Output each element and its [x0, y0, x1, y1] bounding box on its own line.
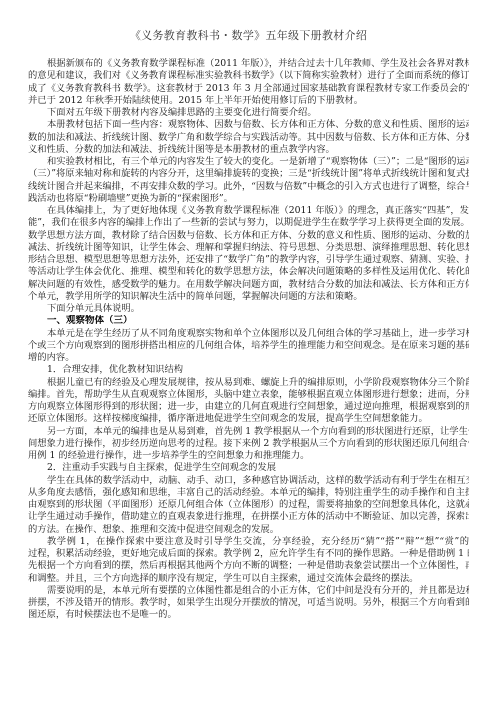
- text-line: 下面分单元具体说明。: [28, 303, 469, 315]
- text-line: 的意见和建议，我们对《义务教育课程标准实验教科书数学》（以下简称实验教材）进行了…: [28, 70, 469, 82]
- text-line: 和实验教材相比，有三个单元的内容发生了较大的变化。一是新增了“观察物体（三）”；…: [28, 156, 469, 168]
- text-line: 减法、折线统计图等知识，让学生体会、理解和掌握归纳法、符号思想、分类思想、演绎推…: [28, 242, 469, 254]
- text-line: 编排。首先，帮助学生从直观观察立体图形，头脑中建立表象，能够根据直观立体图形进行…: [28, 389, 469, 401]
- document-title: 《义务教育教科书・数学》五年级下册教材介绍: [28, 29, 469, 43]
- text-line: 图还原，有时候摆法也不是唯一的。: [28, 609, 469, 621]
- text-line: 拼摆，不涉及错开的情形。教学时，如果学生出现分开摆放的情况，可适当说明。另外，根…: [28, 597, 469, 609]
- text-line: 个或三个方向观察到的图形拼搭出相应的几何组合体，培养学生的推理能力和空间观念。是…: [28, 340, 469, 352]
- text-line: 需要说明的是，本单元所有要摆的立体图性都是组合的小正方体，它们中间是没有分开的，…: [28, 585, 469, 597]
- text-line: 义和性质、分数的加法和减法、折线统计图等是本册教材的重点教学内容。: [28, 144, 469, 156]
- text-line: 践活动也将原“粉刷墙壁”更换为新的“探索图形”。: [28, 193, 469, 205]
- text-line: 个单元，教学用所学的知识解决生活中的简单问题，掌握解决问题的方法和策略。: [28, 291, 469, 303]
- text-line: 根据新颁布的《义务教育数学课程标准（2011 年版）》，并结合过去十几年教师、学…: [28, 58, 469, 70]
- text-line: 成了《义务教育教科书 数学》。这套教材于 2013 年 3 月全部通过国家基础教…: [28, 83, 469, 95]
- text-line: 下面对五年级下册教材内容及编排思路的主要变化进行简要介绍。: [28, 107, 469, 119]
- text-line: 数的加法和减法、折线统计图、数学广角和数学综合与实践活动等。其中因数与倍数、长方…: [28, 132, 469, 144]
- text-line: （三）”将原来轴对称和旋转的内容分开，这里编排旋转的变换；三是“折线统计图”将单…: [28, 168, 469, 180]
- text-line: 让学生通过动手操作，借助建立的直观表象进行推理，在拼摆小正方体的活动中不断验证、…: [28, 511, 469, 523]
- text-line: 线统计图合并起来编排，不再安排众数的学习。此外，“因数与倍数”中概念的引入方式也…: [28, 181, 469, 193]
- text-line: 方向观察立体图形得到的形状图；进一步，由建立的几何直观进行空间想象，通过逆向推理…: [28, 401, 469, 413]
- text-line: 解决问题的有效性，感受数学的魅力。在用数学解决问题方面，教材结合分数的加法和减法…: [28, 279, 469, 291]
- text-line: 从多角度去感悟，强化感知和思维，丰富自己的活动经验。本单元的编排，特别注重学生的…: [28, 487, 469, 499]
- text-line: 先根据一个方向看到的摆，然后再根据其他两个方向不断的调整；一种是借助表象尝试摆出…: [28, 560, 469, 572]
- text-line: 和调整。并且，三个方向选择的顺序没有规定，学生可以自主探索，通过交流体会最终的摆…: [28, 573, 469, 585]
- text-line: 用例 1 的经验进行操作，进一步培养学生的空间想象力和推理能力。: [28, 450, 469, 462]
- text-line: 教学例 1，在操作探索中要注意及时引导学生交流，分享经验，充分经历“猜”“搭”“…: [28, 536, 469, 548]
- text-line: 根据儿童已有的经验及心理发展规律，按从易到难、螺旋上升的编排原则，小学阶段观察物…: [28, 377, 469, 389]
- text-line: 另一方面，本单元的编排也是从易到难，首先例 1 教学根据从一个方向看到的形状图进…: [28, 426, 469, 438]
- text-line: 本单元是在学生经历了从不同角度观察实物和单个立体图形以及几何组合体的学习基础上，…: [28, 328, 469, 340]
- text-line: 间想象力进行操作，初步经历逆向思考的过程。接下来例 2 教学根据从三个方向看到的…: [28, 438, 469, 450]
- section-heading: 一、观察物体（三）: [28, 315, 469, 327]
- text-line: 等活动让学生体会优化、推理、模型和转化的数学思想方法，体会解决问题策略的多样性及…: [28, 266, 469, 278]
- text-line: 增的内容。: [28, 352, 469, 364]
- text-line: 2．注重动手实践与自主探索，促进学生空间观念的发展: [28, 462, 469, 474]
- text-line: 能”，我们在很多内容的编排上作出了一些新的尝试与努力，以期促进学生在数学学习上获…: [28, 217, 469, 229]
- text-line: 本册教材包括下面一些内容：观察物体、因数与倍数、长方体和正方体、分数的意义和性质…: [28, 119, 469, 131]
- text-line: 1．合理安排，优化教材知识结构: [28, 364, 469, 376]
- text-line: 形结合思想、模型思想等思想方法外，还安排了“数学广角”的教学内容，引导学生通过观…: [28, 254, 469, 266]
- text-line: 学生在具体的数学活动中，动脑、动手、动口，多种感官协调活动，这样的数学活动有利于…: [28, 475, 469, 487]
- text-line: 数学思想方法方面，教材除了结合因数与倍数、长方体和正方体、分数的意义和性质、图形…: [28, 230, 469, 242]
- text-line: 还原立体图形。这样按梯度编排，循序渐进地促进学生空间观念的发展，提高学生空间想象…: [28, 413, 469, 425]
- text-line: 在具体编排上，为了更好地体现《义务教育数学课程标准（2011 年版）》的理念，真…: [28, 205, 469, 217]
- document-body: 根据新颁布的《义务教育数学课程标准（2011 年版）》，并结合过去十几年教师、学…: [28, 58, 469, 622]
- text-line: 的方法。在操作、想象、推理和交流中促进空间观念的发展。: [28, 524, 469, 536]
- text-line: 并已于 2012 年秋季开始陆续使用。2015 年上半年开始使用修订后的下册教材…: [28, 95, 469, 107]
- text-line: 过程，积累活动经验，更好地完成后面的探索。教学例 2，应允许学生有不同的操作思路…: [28, 548, 469, 560]
- text-line: 由观察到的形状图（平面图形）还原几何组合体（立体图形）的过程，需要将抽象的空间想…: [28, 499, 469, 511]
